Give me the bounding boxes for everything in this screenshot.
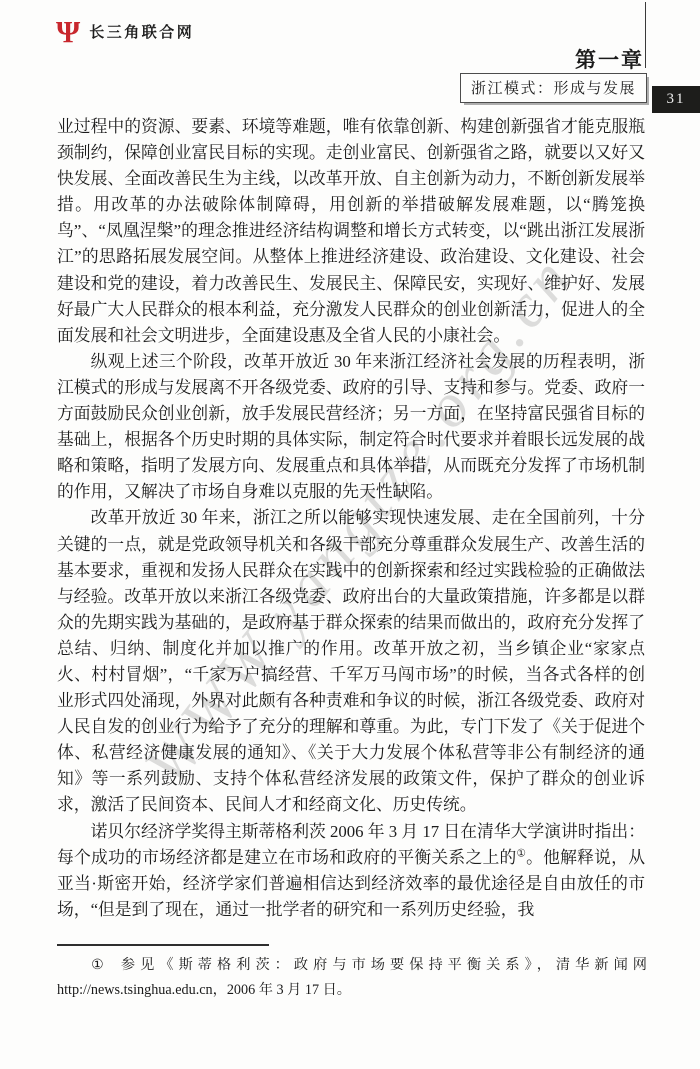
footnote-text: 参见《斯蒂格利茨：政府与市场要保持平衡关系》，清华新闻网 http://news… — [57, 957, 647, 998]
paragraph-2: 纵观上述三个阶段，改革开放近 30 年来浙江经济社会发展的历程表明，浙江模式的形… — [57, 349, 645, 506]
chapter-subtitle: 浙江模式：形成与发展 — [460, 73, 647, 103]
page-number-badge: 31 — [652, 86, 700, 113]
footnote-marker: ① — [91, 957, 109, 973]
chapter-subtitle-row: 浙江模式：形成与发展 31 — [460, 73, 700, 113]
logo-psi-icon: Ψ — [56, 16, 80, 47]
paragraph-4: 诺贝尔经济学奖得主斯蒂格利茨 2006 年 3 月 17 日在清华大学演讲时指出… — [57, 819, 645, 923]
page-body: 业过程中的资源、要素、环境等难题，唯有依靠创新、构建创新强省才能克服瓶颈制约，保… — [57, 114, 645, 923]
paragraph-3: 改革开放近 30 年来，浙江之所以能够实现快速发展、走在全国前列，十分关键的一点… — [57, 505, 645, 818]
footnote-reference-mark: ① — [517, 848, 527, 859]
paragraph-1: 业过程中的资源、要素、环境等难题，唯有依靠创新、构建创新强省才能克服瓶颈制约，保… — [57, 114, 645, 349]
logo-text: 长三角联合网 — [89, 21, 194, 42]
book-page: Ψ 长三角联合网 第一章 浙江模式：形成与发展 31 WWW.yangtze.o… — [0, 0, 700, 1069]
footnote-separator — [57, 944, 269, 946]
site-logo: Ψ 长三角联合网 — [56, 16, 194, 47]
footnote: ①参见《斯蒂格利茨：政府与市场要保持平衡关系》，清华新闻网 http://new… — [57, 953, 647, 1003]
